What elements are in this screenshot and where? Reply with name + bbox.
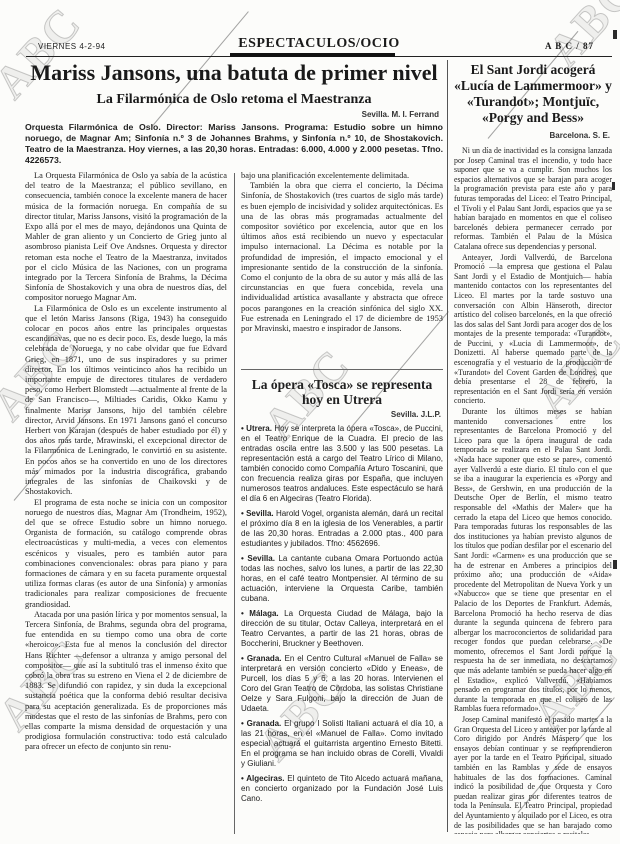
paragraph: También la obra que cierra el concierto,… xyxy=(241,181,443,334)
main-column-2: bajo una planificación excelentemente de… xyxy=(241,171,443,834)
paragraph: Ni un día de inactividad es la consigna … xyxy=(454,146,612,252)
paragraph: La Orquesta Filarmónica de Oslo ya sabía… xyxy=(25,171,227,304)
event-city: Sevilla. xyxy=(247,554,275,563)
header-rule-thick xyxy=(230,53,395,57)
event-city: Algeciras. xyxy=(246,774,284,783)
paragraph: bajo una planificación excelentemente de… xyxy=(241,171,443,181)
scan-artifact xyxy=(613,560,617,569)
event-item: Granada. El grupo I Solisti Italiani act… xyxy=(241,719,443,769)
event-item: Sevilla. La cantante cubana Omara Portuo… xyxy=(241,554,443,604)
main-article: Mariss Jansons, una batuta de primer niv… xyxy=(25,60,443,834)
event-item: Granada. En el Centro Cultural «Manuel d… xyxy=(241,654,443,714)
column-divider xyxy=(447,60,448,832)
paragraph: El programa de esta noche se inicia con … xyxy=(25,498,227,610)
event-item: Utrera. Hoy se interpreta la ópera «Tosc… xyxy=(241,424,443,504)
section-title: ESPECTACULOS/OCIO xyxy=(26,36,612,52)
page-number: A B C / 87 xyxy=(545,41,594,51)
newspaper-page: ABC ABC ABC ABC ABC ABC ABC ABC VIERNES … xyxy=(0,0,620,844)
paragraph: La Filarmónica de Oslo es un excelente i… xyxy=(25,304,227,498)
tosca-headline: La ópera «Tosca» se representa hoy en Ut… xyxy=(249,377,435,407)
event-city: Utrera. xyxy=(246,424,272,433)
column-divider xyxy=(234,173,235,834)
paragraph: Atacada por una pasión lírica y por mome… xyxy=(25,610,227,753)
right-headline: El Sant Jordi acogerá «Lucía de Lammermo… xyxy=(454,62,612,126)
right-byline: Barcelona. S. E. xyxy=(454,131,610,140)
tosca-article: La ópera «Tosca» se representa hoy en Ut… xyxy=(241,369,443,804)
scan-artifact xyxy=(613,30,617,39)
right-article: El Sant Jordi acogerá «Lucía de Lammermo… xyxy=(454,62,612,834)
main-subheadline: La Filarmónica de Oslo retoma el Maestra… xyxy=(25,92,443,108)
event-item: Sevilla. Harold Vogel, organista alemán,… xyxy=(241,509,443,549)
event-city: Sevilla. xyxy=(246,509,274,518)
main-headline: Mariss Jansons, una batuta de primer niv… xyxy=(29,60,439,85)
scan-artifact xyxy=(612,182,615,190)
tosca-byline: Sevilla. J.L.P. xyxy=(241,410,441,420)
event-city: Málaga. xyxy=(249,609,278,618)
paragraph: Anteayer, Jordi Vallverdú, de Barcelona … xyxy=(454,253,612,407)
paragraph: Durante los últimos meses se habían mant… xyxy=(454,407,612,714)
event-city: Granada. xyxy=(247,719,282,728)
event-item: Málaga. La Orquesta Ciudad de Málaga, ba… xyxy=(241,609,443,649)
main-byline: Sevilla. M. I. Ferrand xyxy=(25,110,439,119)
main-lead: Orquesta Filarmónica de Oslo. Director: … xyxy=(25,122,443,166)
event-item: Algeciras. El quinteto de Tito Alcedo ac… xyxy=(241,774,443,804)
main-column-1: La Orquesta Filarmónica de Oslo ya sabía… xyxy=(25,171,227,834)
paragraph: Josep Caminal manifestó el pasado martes… xyxy=(454,715,612,834)
event-city: Granada. xyxy=(247,654,282,663)
event-text: Hoy se interpreta la ópera «Tosca», de P… xyxy=(241,424,443,503)
